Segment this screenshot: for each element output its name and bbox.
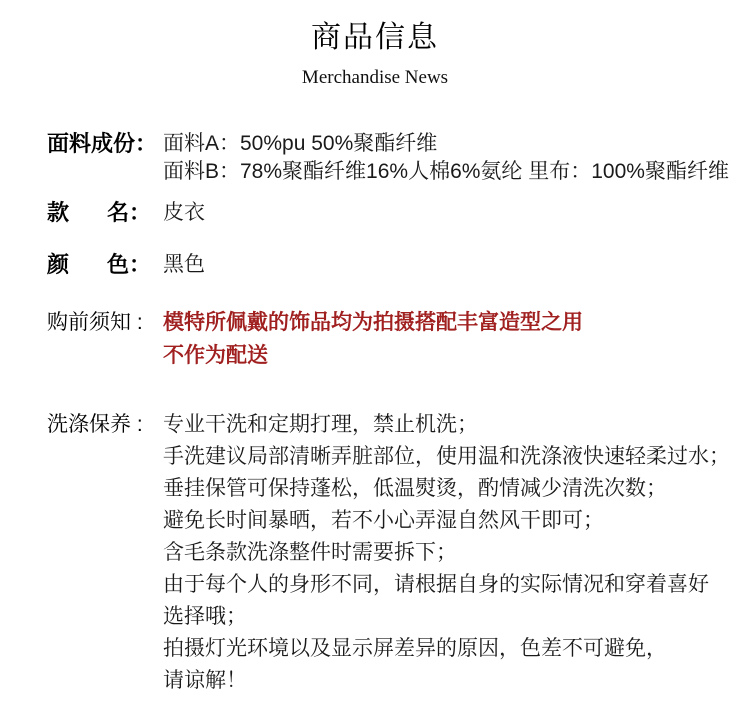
- washing-care-text: 专业干洗和定期打理，禁止机洗； 手洗建议局部清晰弄脏部位，使用温和洗涤液快速轻柔…: [163, 409, 730, 697]
- care-line-5: 含毛条款洗涤整件时需要拆下；: [163, 537, 730, 569]
- page-subtitle: Merchandise News: [0, 66, 750, 90]
- fabric-composition-value: 面料A：50%pu 50%聚酯纤维 面料B：78%聚酯纤维16%人棉6%氨纶 里…: [163, 130, 729, 186]
- pre-purchase-notice-row: 购前须知 : 模特所佩戴的饰品均为拍摄搭配丰富造型之用 不作为配送: [47, 306, 583, 372]
- washing-care-row: 洗涤保养 : 专业干洗和定期打理，禁止机洗； 手洗建议局部清晰弄脏部位，使用温和…: [47, 409, 730, 697]
- care-line-7: 选择哦；: [163, 601, 730, 633]
- pre-purchase-notice-label: 购前须知 :: [47, 306, 163, 339]
- merchandise-info-page: 商品信息 Merchandise News 面料成份： 面料A：50%pu 50…: [0, 0, 750, 728]
- color-label: 颜 色：: [47, 251, 151, 279]
- care-line-3: 垂挂保管可保持蓬松，低温熨烫，酌情减少清洗次数；: [163, 473, 730, 505]
- fabric-line-b: 面料B：78%聚酯纤维16%人棉6%氨纶 里布：100%聚酯纤维: [163, 158, 729, 186]
- fabric-composition-row: 面料成份： 面料A：50%pu 50%聚酯纤维 面料B：78%聚酯纤维16%人棉…: [47, 130, 729, 186]
- style-name-row: 款 名： 皮衣: [47, 199, 205, 227]
- color-label-right: 色：: [107, 251, 151, 279]
- color-value: 黑色: [163, 251, 205, 279]
- page-header: 商品信息 Merchandise News: [0, 20, 750, 90]
- care-line-1: 专业干洗和定期打理，禁止机洗；: [163, 409, 730, 441]
- care-line-9: 请谅解！: [163, 665, 730, 697]
- notice-line-1: 模特所佩戴的饰品均为拍摄搭配丰富造型之用: [163, 306, 583, 339]
- care-line-2: 手洗建议局部清晰弄脏部位，使用温和洗涤液快速轻柔过水；: [163, 441, 730, 473]
- style-name-value: 皮衣: [163, 199, 205, 227]
- washing-care-label: 洗涤保养 :: [47, 409, 163, 441]
- fabric-line-a: 面料A：50%pu 50%聚酯纤维: [163, 130, 729, 158]
- color-row: 颜 色： 黑色: [47, 251, 205, 279]
- page-title: 商品信息: [0, 20, 750, 56]
- color-label-left: 颜: [47, 251, 69, 279]
- style-name-label-left: 款: [47, 199, 69, 227]
- style-name-label: 款 名：: [47, 199, 151, 227]
- fabric-composition-label: 面料成份：: [47, 130, 163, 158]
- notice-line-2: 不作为配送: [163, 339, 583, 372]
- care-line-8: 拍摄灯光环境以及显示屏差异的原因，色差不可避免，: [163, 633, 730, 665]
- style-name-label-right: 名：: [107, 199, 151, 227]
- care-line-6: 由于每个人的身形不同，请根据自身的实际情况和穿着喜好: [163, 569, 730, 601]
- care-line-4: 避免长时间暴晒，若不小心弄湿自然风干即可；: [163, 505, 730, 537]
- pre-purchase-notice-text: 模特所佩戴的饰品均为拍摄搭配丰富造型之用 不作为配送: [163, 306, 583, 372]
